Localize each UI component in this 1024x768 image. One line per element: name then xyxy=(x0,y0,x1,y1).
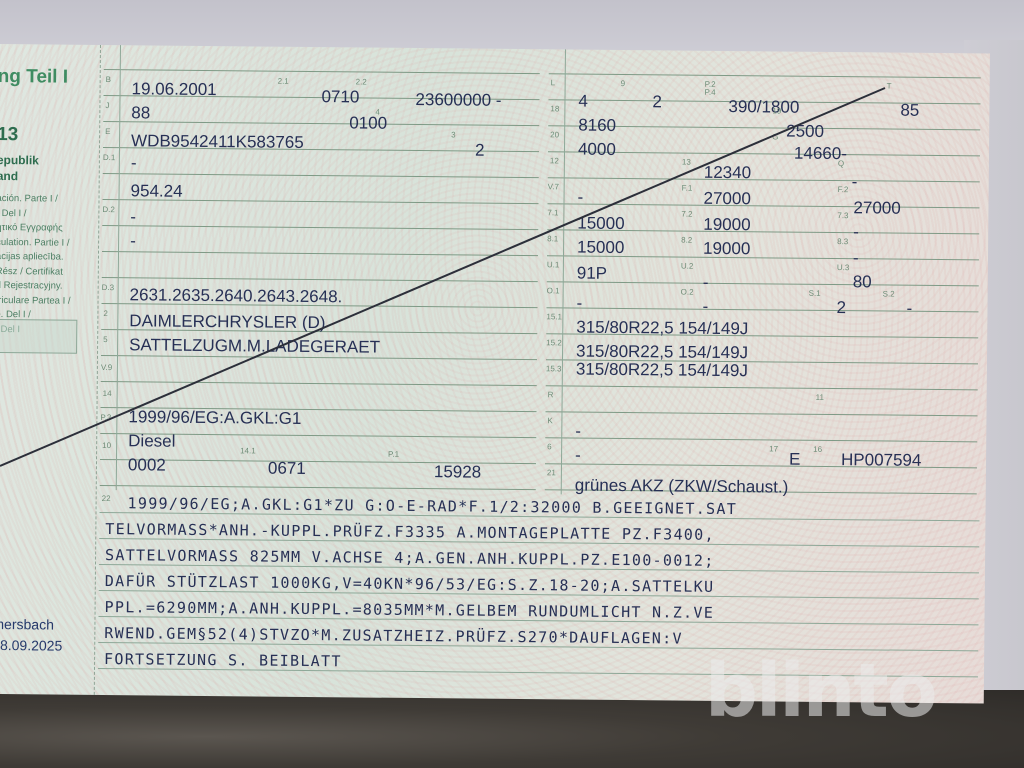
certificate-title: ng Teil I xyxy=(0,66,68,89)
grid-line xyxy=(546,385,978,390)
field-label-u-1: U.1 xyxy=(547,261,560,269)
field-label-15-3: 15.3 xyxy=(546,365,562,373)
field-label-8-2: 8.2 xyxy=(681,237,692,245)
grid-line xyxy=(101,381,537,386)
field-value-s-2: - xyxy=(906,299,912,319)
field-value-d-2: - xyxy=(130,207,136,227)
field-value-6: - xyxy=(575,446,581,466)
field-value-4: 0100 xyxy=(349,113,387,133)
field-value-17: E xyxy=(789,450,801,470)
grid-line xyxy=(103,173,539,178)
field-value-15-1: 315/80R22,5 154/149J xyxy=(576,318,748,340)
field-label-d-3: D.3 xyxy=(102,283,115,292)
field-label-o-2: O.2 xyxy=(681,289,694,297)
label-column-divider xyxy=(116,45,121,490)
field-label-2-2: 2.2 xyxy=(356,77,367,86)
field-label-5: 5 xyxy=(103,335,108,344)
language-line: Rész / Certifikat xyxy=(0,264,71,279)
language-line: . Del I / xyxy=(0,206,71,221)
field-value-2-2: 23600000 - xyxy=(415,90,501,111)
remarks-line: TELVORMASS*ANH.-KUPPL.PRÜFZ.F3335 A.MONT… xyxy=(105,520,715,544)
language-line: ación. Parte I / xyxy=(0,192,72,207)
field-value-f-2: 27000 xyxy=(853,198,900,218)
field-label-v-9: V.9 xyxy=(101,363,112,372)
field-value-t: 85 xyxy=(900,101,919,121)
field-label-u-2: U.2 xyxy=(681,263,694,271)
field-label-22: 22 xyxy=(102,494,111,503)
field-label-d-1: D.1 xyxy=(103,153,116,162)
language-line: ācijas apliecība. xyxy=(0,250,71,265)
remarks-line: RWEND.GEM§52(4)STVZO*M.ZUSATZHEIZ.PRÜFZ.… xyxy=(104,624,683,648)
field-label-o-1: O.1 xyxy=(547,287,560,295)
field-label-b: B xyxy=(106,75,111,84)
field-label-16: 16 xyxy=(813,446,822,454)
field-value-o-1: - xyxy=(576,294,582,314)
field-value-p-3: Diesel xyxy=(128,431,175,451)
remarks-line: DAFÜR STÜTZLAST 1000KG,V=40KN*96/53/EG:S… xyxy=(105,572,715,596)
field-value-18: 8160 xyxy=(578,116,616,136)
field-label-s-2: S.2 xyxy=(883,290,895,298)
grid-line xyxy=(545,411,977,416)
remarks-line: SATTELVORMASS 825MM V.ACHSE 4;A.GEN.ANH.… xyxy=(105,546,715,570)
remarks-line: PPL.=6290MM;A.ANH.KUPPL.=8035MM*M.GELBEM… xyxy=(105,598,715,622)
grid-line xyxy=(545,437,977,442)
field-value-10: 0002 xyxy=(128,455,166,475)
grid-line xyxy=(548,177,980,182)
field-label-7-1: 7.1 xyxy=(547,209,558,217)
field-value-7-1: 15000 xyxy=(577,214,624,234)
field-value-14: 1999/96/EG:A.GKL:G1 xyxy=(128,407,301,429)
grid-line xyxy=(100,485,536,490)
issue-date: 18.09.2025 xyxy=(0,637,62,654)
field-label-j: J xyxy=(105,101,109,110)
field-label-10: 10 xyxy=(102,441,111,450)
language-line: triculare Partea I / xyxy=(0,293,71,308)
field-value-u-2: - xyxy=(703,273,709,293)
field-value-5: SATTELZUGM.M.LADEGERAET xyxy=(129,335,380,357)
field-label-3: 3 xyxy=(451,130,456,139)
field-label-p-2-p-4: P.2 P.4 xyxy=(705,81,716,97)
grid-line xyxy=(102,225,538,230)
language-line: d Rejestracyjny. xyxy=(0,279,71,294)
language-list: ación. Parte I /. Del I /ητικό Εγγραφήςc… xyxy=(0,192,72,338)
field-label-11: 11 xyxy=(816,394,824,402)
field-value-3: 2 xyxy=(475,141,485,161)
field-label-9: 9 xyxy=(621,80,626,88)
field-label-19: 19 xyxy=(772,107,781,115)
remarks-line: FORTSETZUNG S. BEIBLATT xyxy=(104,650,342,670)
field-value-f-1: 27000 xyxy=(703,189,750,209)
country-name: epublik and xyxy=(0,152,39,184)
field-value-k: - xyxy=(575,422,581,442)
fields-right-column: L492P.2 P.4390/1800T85188160192500204000… xyxy=(545,49,981,498)
field-value-13: 12340 xyxy=(704,163,751,183)
field-value-15-3: 315/80R22,5 154/149J xyxy=(576,360,748,382)
certificate-cover-panel: ng Teil I 13 epublik and ación. Parte I … xyxy=(0,44,101,695)
field-value-u-1: 91P xyxy=(577,264,607,284)
field-label-s-1: S.1 xyxy=(809,290,821,298)
field-label-18: 18 xyxy=(550,105,559,113)
issuing-office: mersbach xyxy=(0,616,54,633)
field-label-l: L xyxy=(551,79,556,87)
field-value-d-1b: 954.24 xyxy=(130,181,182,201)
field-label-p-1: P.1 xyxy=(388,450,399,459)
fields-left-column: B19.06.20012.107102.223600000 -J8840100E… xyxy=(100,45,540,494)
field-value-b: 19.06.2001 xyxy=(131,79,216,100)
field-value-s-1: 2 xyxy=(836,298,846,318)
field-label-f-2: F.2 xyxy=(838,186,849,194)
field-value-p-2-p-4: 390/1800 xyxy=(728,97,799,118)
field-label-k: K xyxy=(547,417,552,425)
remarks-line: 1999/96/EG;A.GKL:G1*ZU G:O-E-RAD*F.1/2:3… xyxy=(128,494,738,518)
field-value-d-2b: - xyxy=(130,231,136,251)
field-value-20: 4000 xyxy=(578,140,616,160)
field-value-2: DAIMLERCHRYSLER (D) xyxy=(129,311,325,333)
field-value-2-1: 0710 xyxy=(321,87,359,107)
field-value-o-2: - xyxy=(702,297,708,317)
field-label-21: 21 xyxy=(547,469,556,477)
certificate-number: 13 xyxy=(0,124,18,146)
field-label-e: E xyxy=(105,127,110,136)
field-label-17: 17 xyxy=(769,445,778,453)
field-label-r: R xyxy=(548,391,554,399)
grid-line xyxy=(103,121,539,126)
field-label-7-3: 7.3 xyxy=(837,212,848,220)
field-label-6: 6 xyxy=(547,443,552,451)
field-value-j: 88 xyxy=(131,103,150,123)
stamp-box xyxy=(0,319,77,354)
field-label-2: 2 xyxy=(103,309,108,318)
language-line: culation. Partie I / xyxy=(0,235,71,250)
field-label-q: Q xyxy=(838,160,844,168)
field-value-7-2: 19000 xyxy=(703,215,750,235)
field-value-e: WDB9542411K583765 xyxy=(131,131,304,153)
field-value-u-3: 80 xyxy=(853,272,872,292)
field-value-8-1: 15000 xyxy=(577,238,624,258)
field-label-t: T xyxy=(887,83,892,91)
field-label-20: 20 xyxy=(550,131,559,139)
field-label-15-2: 15.2 xyxy=(546,339,562,347)
field-value-v-7: - xyxy=(577,188,583,208)
field-value-9: 2 xyxy=(652,92,662,112)
field-value-p-1: 15928 xyxy=(434,462,481,482)
label-column-divider xyxy=(561,49,566,494)
field-value-7-3: - xyxy=(853,222,859,242)
field-label-14-1: 14.1 xyxy=(240,446,256,455)
field-label-8-3: 8.3 xyxy=(837,238,848,246)
field-value-16: HP007594 xyxy=(841,450,922,471)
field-label-14: 14 xyxy=(103,389,112,398)
grid-line xyxy=(546,307,978,312)
field-label-g: G xyxy=(772,133,778,141)
field-label-2-1: 2.1 xyxy=(278,77,289,86)
grid-line xyxy=(549,73,981,78)
field-label-u-3: U.3 xyxy=(837,264,850,272)
field-label-p-3: P.3 xyxy=(100,413,111,422)
language-line: ητικό Εγγραφής xyxy=(0,221,71,236)
field-value-q: - xyxy=(852,172,858,192)
field-value-d-3: 2631.2635.2640.2643.2648. xyxy=(129,285,342,307)
grid-line xyxy=(104,69,540,74)
grid-line xyxy=(547,281,979,286)
field-value-l: 4 xyxy=(578,92,588,112)
field-label-13: 13 xyxy=(682,159,691,167)
field-label-f-1: F.1 xyxy=(682,185,693,193)
grid-line xyxy=(102,251,538,256)
field-value-8-2: 19000 xyxy=(703,239,750,259)
field-label-15-1: 15.1 xyxy=(546,313,562,321)
grid-line xyxy=(102,277,538,282)
grid-line xyxy=(547,203,979,208)
blinto-watermark: blinto xyxy=(705,648,936,734)
field-label-d-2: D.2 xyxy=(102,205,115,214)
field-value-14-1: 0671 xyxy=(268,459,306,479)
field-label-12: 12 xyxy=(550,157,559,165)
field-label-7-2: 7.2 xyxy=(681,211,692,219)
field-value-d-1: - xyxy=(131,153,137,173)
field-value-19: 2500 xyxy=(786,122,824,142)
field-label-v-7: V.7 xyxy=(548,183,559,191)
field-value-8-3: - xyxy=(853,248,859,268)
registration-certificate: ng Teil I 13 epublik and ación. Parte I … xyxy=(0,44,990,703)
field-label-8-1: 8.1 xyxy=(547,235,558,243)
